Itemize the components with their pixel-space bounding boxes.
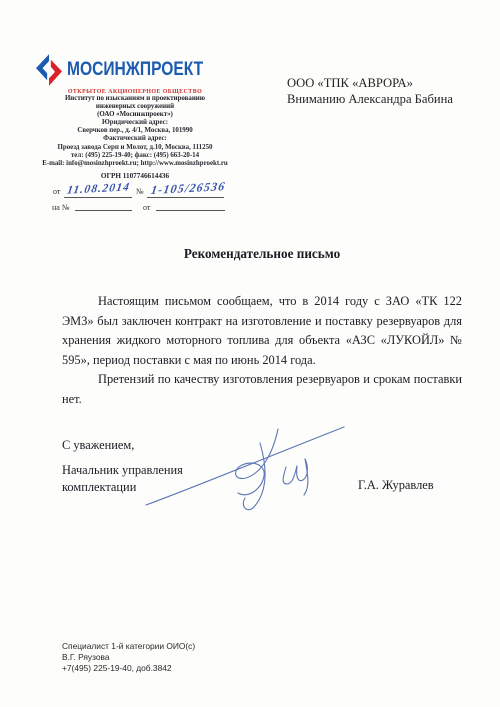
reply-date-underline [156,210,225,211]
reply-from-label: от [143,203,150,212]
ogrn-line: ОГРН 1107746614436 [40,172,230,180]
executor-name: В.Г. Ряузова [62,652,195,663]
recipient-block: ООО «ТПК «АВРОРА» Вниманию Александра Ба… [287,76,453,107]
company-name: МОСИНЖПРОЕКТ [67,59,203,81]
closing-phrase: С уважением, [62,438,134,453]
executor-phone: +7(495) 225-19-40, доб.3842 [62,663,195,674]
ref-date-underline [64,197,132,198]
org-line: (ОАО «Мосинжпроект») [40,111,230,119]
paragraph: Настоящим письмом сообщаем, что в 2014 г… [62,292,462,370]
handwritten-date: 11.08.2014 [66,181,131,196]
letter-page: МОСИНЖПРОЕКТ ОТКРЫТОЕ АКЦИОНЕРНОЕ ОБЩЕСТ… [0,0,500,707]
signer-name: Г.А. Журавлев [358,478,434,493]
letter-body: Настоящим письмом сообщаем, что в 2014 г… [62,292,462,409]
handwritten-number: 1-105/26536 [150,179,227,198]
address-line: Сверчков пер., д. 4/1, Москва, 101990 [40,127,230,135]
address-line: Фактический адрес: [40,135,230,143]
email-web-line: E-mail: info@mosinzhproekt.ru; http://ww… [40,160,230,168]
paragraph: Претензий по качеству изготовления резер… [62,370,462,409]
ref-from-label: от [53,187,60,196]
recipient-company: ООО «ТПК «АВРОРА» [287,76,453,92]
address-line: Юридический адрес: [40,119,230,127]
reply-ref-label: на № [52,203,69,212]
letterhead: МОСИНЖПРОЕКТ ОТКРЫТОЕ АКЦИОНЕРНОЕ ОБЩЕСТ… [40,54,230,180]
signature-ink [140,415,350,515]
reply-number-underline [75,210,132,211]
address-line: Проезд завода Серп и Молот, д.10, Москва… [40,144,230,152]
org-line: инженерных сооружений [40,103,230,111]
executor-block: Специалист 1-й категории ОИО(с) В.Г. Ряу… [62,641,195,674]
letter-title: Рекомендательное письмо [62,246,462,262]
executor-title: Специалист 1-й категории ОИО(с) [62,641,195,652]
phone-fax-line: тел: (495) 225-19-40; факс: (495) 663-20… [40,152,230,160]
recipient-attention: Вниманию Александра Бабина [287,92,453,108]
ref-number-label: № [136,187,144,196]
company-logo: МОСИНЖПРОЕКТ [40,54,230,86]
org-line: Институт по изысканиям и проектированию [40,95,230,103]
mosinzhproekt-logo-icon [36,54,62,86]
